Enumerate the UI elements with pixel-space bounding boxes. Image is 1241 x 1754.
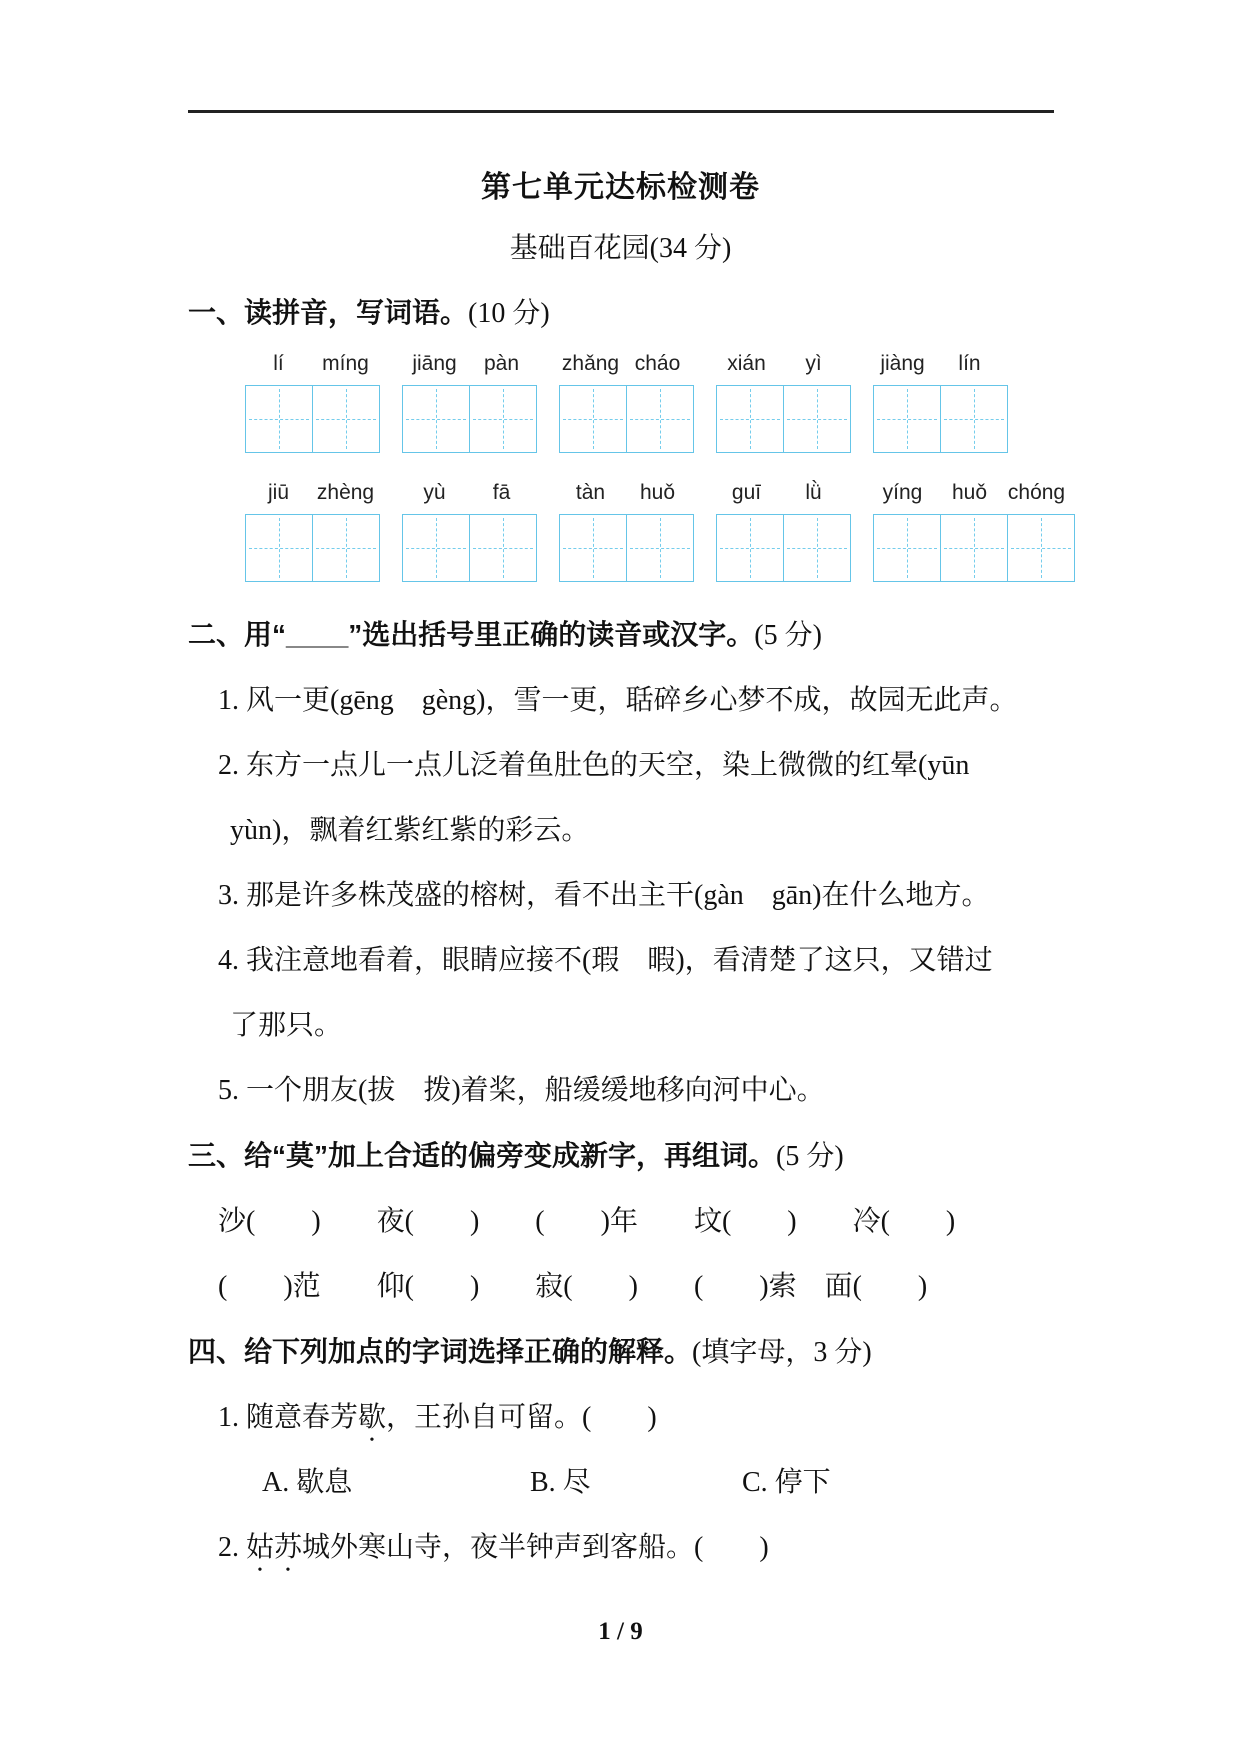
pinyin-line: jiūzhèngyùfātànhuǒguīlǜyínghuǒchóng <box>245 478 1075 508</box>
pinyin-syllable: jiū <box>245 478 312 508</box>
section-4-heading: 四、给下列加点的字词选择正确的解释。(填字母，3 分) <box>188 1319 1068 1385</box>
header-rule <box>188 110 1054 113</box>
question-text-pre: 1. 随意春芳 <box>218 1402 358 1433</box>
pinyin-syllable: yì <box>780 349 847 379</box>
pinyin-syllable: jiāng <box>401 349 468 379</box>
pinyin-group: zhǎngcháo <box>557 349 691 379</box>
page-title: 第七单元达标检测卷 <box>0 162 1241 206</box>
writing-grid-group <box>245 385 380 453</box>
fill-blank-row: 沙( ) 夜( ) ( )年 坟( ) 冷( ) <box>218 1189 1068 1254</box>
section-1-heading: 一、读拼音，写词语。(10 分) <box>188 294 1068 337</box>
pinyin-syllable: guī <box>713 478 780 508</box>
section-2: 二、用“____”选出括号里正确的读音或汉字。(5 分) 1. 风一更(gēng… <box>188 602 1068 1123</box>
pinyin-line: límíngjiāngpànzhǎngcháoxiányìjiànglín <box>245 349 1008 379</box>
writing-cell[interactable] <box>1007 514 1075 582</box>
question-text-post: 城外寒山寺，夜半钟声到客船。( ) <box>302 1532 769 1563</box>
pinyin-syllable: huǒ <box>936 478 1003 508</box>
pinyin-syllable: cháo <box>624 349 691 379</box>
page-subtitle: 基础百花园(34 分) <box>0 226 1241 266</box>
writing-cell[interactable] <box>940 385 1008 453</box>
section-1-heading-text: 一、读拼音，写词语。 <box>188 297 468 328</box>
writing-cell[interactable] <box>402 385 470 453</box>
question-text-pre: 2. <box>218 1532 246 1563</box>
writing-grid-group <box>559 514 694 582</box>
writing-cell[interactable] <box>469 514 537 582</box>
pinyin-syllable: lí <box>245 349 312 379</box>
page-footer: 1 / 9 <box>0 1618 1241 1646</box>
writing-grid-group <box>559 385 694 453</box>
writing-grid-group <box>873 514 1075 582</box>
pinyin-syllable: xián <box>713 349 780 379</box>
pinyin-group: xiányì <box>713 349 847 379</box>
question-text-post: ，王孙自可留。( ) <box>386 1402 657 1433</box>
pinyin-syllable: yù <box>401 478 468 508</box>
writing-cell[interactable] <box>716 385 784 453</box>
question-item: 2. 姑苏城外寒山寺，夜半钟声到客船。( ) <box>218 1515 1068 1580</box>
writing-cell[interactable] <box>716 514 784 582</box>
writing-grid-group <box>716 385 851 453</box>
pinyin-syllable: lǜ <box>780 478 847 508</box>
pinyin-syllable: zhèng <box>312 478 379 508</box>
option-b-label: B. 尽 <box>530 1450 742 1515</box>
writing-grid-group <box>402 514 537 582</box>
question-item: 3. 那是许多株茂盛的榕树，看不出主干(gàn gān)在什么地方。 <box>218 863 1068 928</box>
writing-cell[interactable] <box>873 514 941 582</box>
writing-cell[interactable] <box>940 514 1008 582</box>
pinyin-group: jiànglín <box>869 349 1003 379</box>
writing-cell[interactable] <box>626 514 694 582</box>
writing-cell[interactable] <box>469 385 537 453</box>
options-row: A. 歇息B. 尽C. 停下 <box>218 1450 1068 1515</box>
writing-cell[interactable] <box>245 514 313 582</box>
writing-cell[interactable] <box>312 514 380 582</box>
writing-cell[interactable] <box>559 385 627 453</box>
pinyin-syllable: pàn <box>468 349 535 379</box>
writing-cell[interactable] <box>402 514 470 582</box>
question-item: 2. 东方一点儿一点儿泛着鱼肚色的天空，染上微微的红晕(yūn yùn)，飘着红… <box>218 733 1068 863</box>
writing-cell[interactable] <box>873 385 941 453</box>
pinyin-group: límíng <box>245 349 379 379</box>
section-1-score: (10 分) <box>468 298 550 329</box>
writing-grid-group <box>245 514 380 582</box>
exam-paper-page: 第七单元达标检测卷 基础百花园(34 分) 一、读拼音，写词语。(10 分) l… <box>0 0 1241 1754</box>
pinyin-syllable: huǒ <box>624 478 691 508</box>
question-item: 4. 我注意地看着，眼睛应接不(瑕 暇)，看清楚了这只，又错过 了那只。 <box>218 928 1068 1058</box>
question-item: 5. 一个朋友(拔 拨)着桨，船缓缓地移向河中心。 <box>218 1058 1068 1123</box>
writing-grid-line <box>245 385 1008 453</box>
emphasized-word: 歇 <box>358 1402 386 1433</box>
question-item: 1. 随意春芳歇，王孙自可留。( ) <box>218 1385 1068 1450</box>
writing-grid-line <box>245 514 1075 582</box>
writing-cell[interactable] <box>559 514 627 582</box>
section-3-heading-text: 三、给“莫”加上合适的偏旁变成新字，再组词。 <box>188 1140 776 1171</box>
pinyin-group: tànhuǒ <box>557 478 691 508</box>
fill-blank-row: ( )范 仰( ) 寂( ) ( )索 面( ) <box>218 1254 1068 1319</box>
section-3-score: (5 分) <box>776 1141 844 1172</box>
section-4-heading-text: 四、给下列加点的字词选择正确的解释。 <box>188 1336 692 1367</box>
pinyin-group: jiāngpàn <box>401 349 535 379</box>
section-3: 三、给“莫”加上合适的偏旁变成新字，再组词。(5 分) 沙( ) 夜( ) ( … <box>188 1123 1068 1319</box>
writing-grid-group <box>716 514 851 582</box>
pinyin-syllable: chóng <box>1003 478 1070 508</box>
writing-cell[interactable] <box>245 385 313 453</box>
pinyin-syllable: jiàng <box>869 349 936 379</box>
pinyin-syllable: zhǎng <box>557 349 624 379</box>
pinyin-group: yùfā <box>401 478 535 508</box>
pinyin-group: yínghuǒchóng <box>869 478 1070 508</box>
section-3-heading: 三、给“莫”加上合适的偏旁变成新字，再组词。(5 分) <box>188 1123 1068 1189</box>
section-2-heading-text: 二、用“____”选出括号里正确的读音或汉字。 <box>188 619 754 650</box>
pinyin-syllable: fā <box>468 478 535 508</box>
pinyin-syllable: tàn <box>557 478 624 508</box>
option-a-label: A. 歇息 <box>262 1450 530 1515</box>
writing-cell[interactable] <box>783 514 851 582</box>
option-c-label: C. 停下 <box>742 1450 831 1515</box>
pinyin-syllable: yíng <box>869 478 936 508</box>
writing-cell[interactable] <box>783 385 851 453</box>
pinyin-grid-row-2: jiūzhèngyùfātànhuǒguīlǜyínghuǒchóng <box>245 478 1075 582</box>
emphasized-word: 姑苏 <box>246 1532 302 1563</box>
pinyin-grid-row-1: límíngjiāngpànzhǎngcháoxiányìjiànglín <box>245 349 1008 453</box>
question-item: 1. 风一更(gēng gèng)，雪一更，聒碎乡心梦不成，故园无此声。 <box>218 668 1068 733</box>
pinyin-syllable: lín <box>936 349 1003 379</box>
pinyin-syllable: míng <box>312 349 379 379</box>
writing-grid-group <box>402 385 537 453</box>
writing-cell[interactable] <box>312 385 380 453</box>
writing-grid-group <box>873 385 1008 453</box>
pinyin-group: jiūzhèng <box>245 478 379 508</box>
section-2-heading: 二、用“____”选出括号里正确的读音或汉字。(5 分) <box>188 602 1068 668</box>
section-4: 四、给下列加点的字词选择正确的解释。(填字母，3 分) 1. 随意春芳歇，王孙自… <box>188 1319 1068 1580</box>
pinyin-group: guīlǜ <box>713 478 847 508</box>
writing-cell[interactable] <box>626 385 694 453</box>
section-2-score: (5 分) <box>754 620 822 651</box>
section-4-score: (填字母，3 分) <box>692 1337 872 1368</box>
